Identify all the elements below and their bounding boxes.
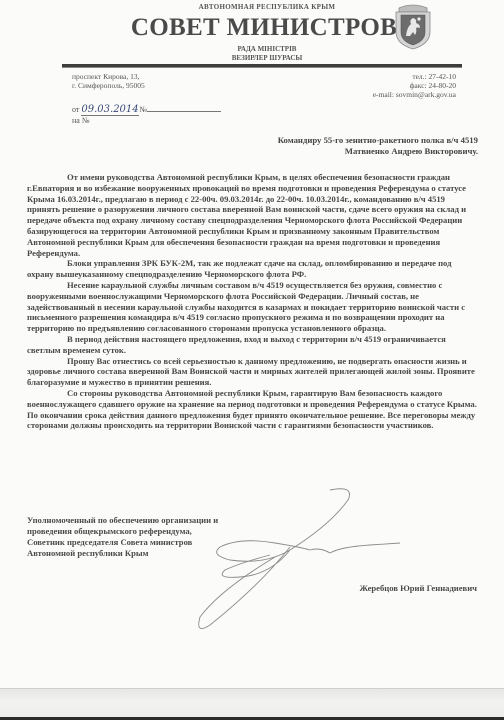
addressee-block: Командиру 55-го зенитно-ракетного полка … <box>278 135 478 157</box>
addressee-unit: Командиру 55-го зенитно-ракетного полка … <box>278 135 478 146</box>
number-label: № <box>139 105 147 114</box>
address-city: г. Симферополь, 95005 <box>72 81 145 90</box>
page-bottom-margin <box>0 688 504 720</box>
signatory-name: Жеребцов Юрий Геннадиевич <box>360 583 477 593</box>
registration-date-line: от 09.03.2014№ <box>72 103 221 116</box>
document-page: АВТОНОМНАЯ РЕСПУБЛИКА КРЫМ СОВЕТ МИНИСТР… <box>0 0 504 688</box>
body-paragraph: От имени руководства Автономной республи… <box>27 172 479 258</box>
contacts-block: тел.: 27-42-10 факс: 24-80-20 e-mail: so… <box>373 72 456 99</box>
phone: тел.: 27-42-10 <box>373 72 456 81</box>
letter-body: От имени руководства Автономной республи… <box>27 172 479 431</box>
subtitle-crimean-tatar: ВЕЗИРЛЕР ШУРАСЫ <box>0 54 504 62</box>
addressee-name: Матвиенко Андрею Викторовичу. <box>278 146 478 157</box>
crimea-coat-of-arms-icon <box>393 2 433 50</box>
from-label: от <box>72 105 79 114</box>
body-paragraph: Прошу Вас отнестись со всей серьезностью… <box>27 356 479 388</box>
body-paragraph: Со стороны руководства Автономной респуб… <box>27 388 479 431</box>
address-block: проспект Кирова, 13, г. Симферополь, 950… <box>72 72 145 90</box>
handwritten-signature-icon <box>170 485 400 635</box>
body-paragraph: Блоки управления ЗРК БУК-2М, так же подл… <box>27 258 479 280</box>
address-street: проспект Кирова, 13, <box>72 72 145 81</box>
email: e-mail: sovmin@ark.gov.ua <box>373 90 456 99</box>
fax: факс: 24-80-20 <box>373 81 456 90</box>
body-paragraph: В период действия настоящего предложения… <box>27 334 479 356</box>
number-blank <box>147 103 221 112</box>
reply-ref-label: на № <box>72 116 89 125</box>
handwritten-date: 09.03.2014 <box>81 104 139 116</box>
body-paragraph: Несение караульной службы личным составо… <box>27 280 479 334</box>
letterhead-divider <box>62 64 462 68</box>
